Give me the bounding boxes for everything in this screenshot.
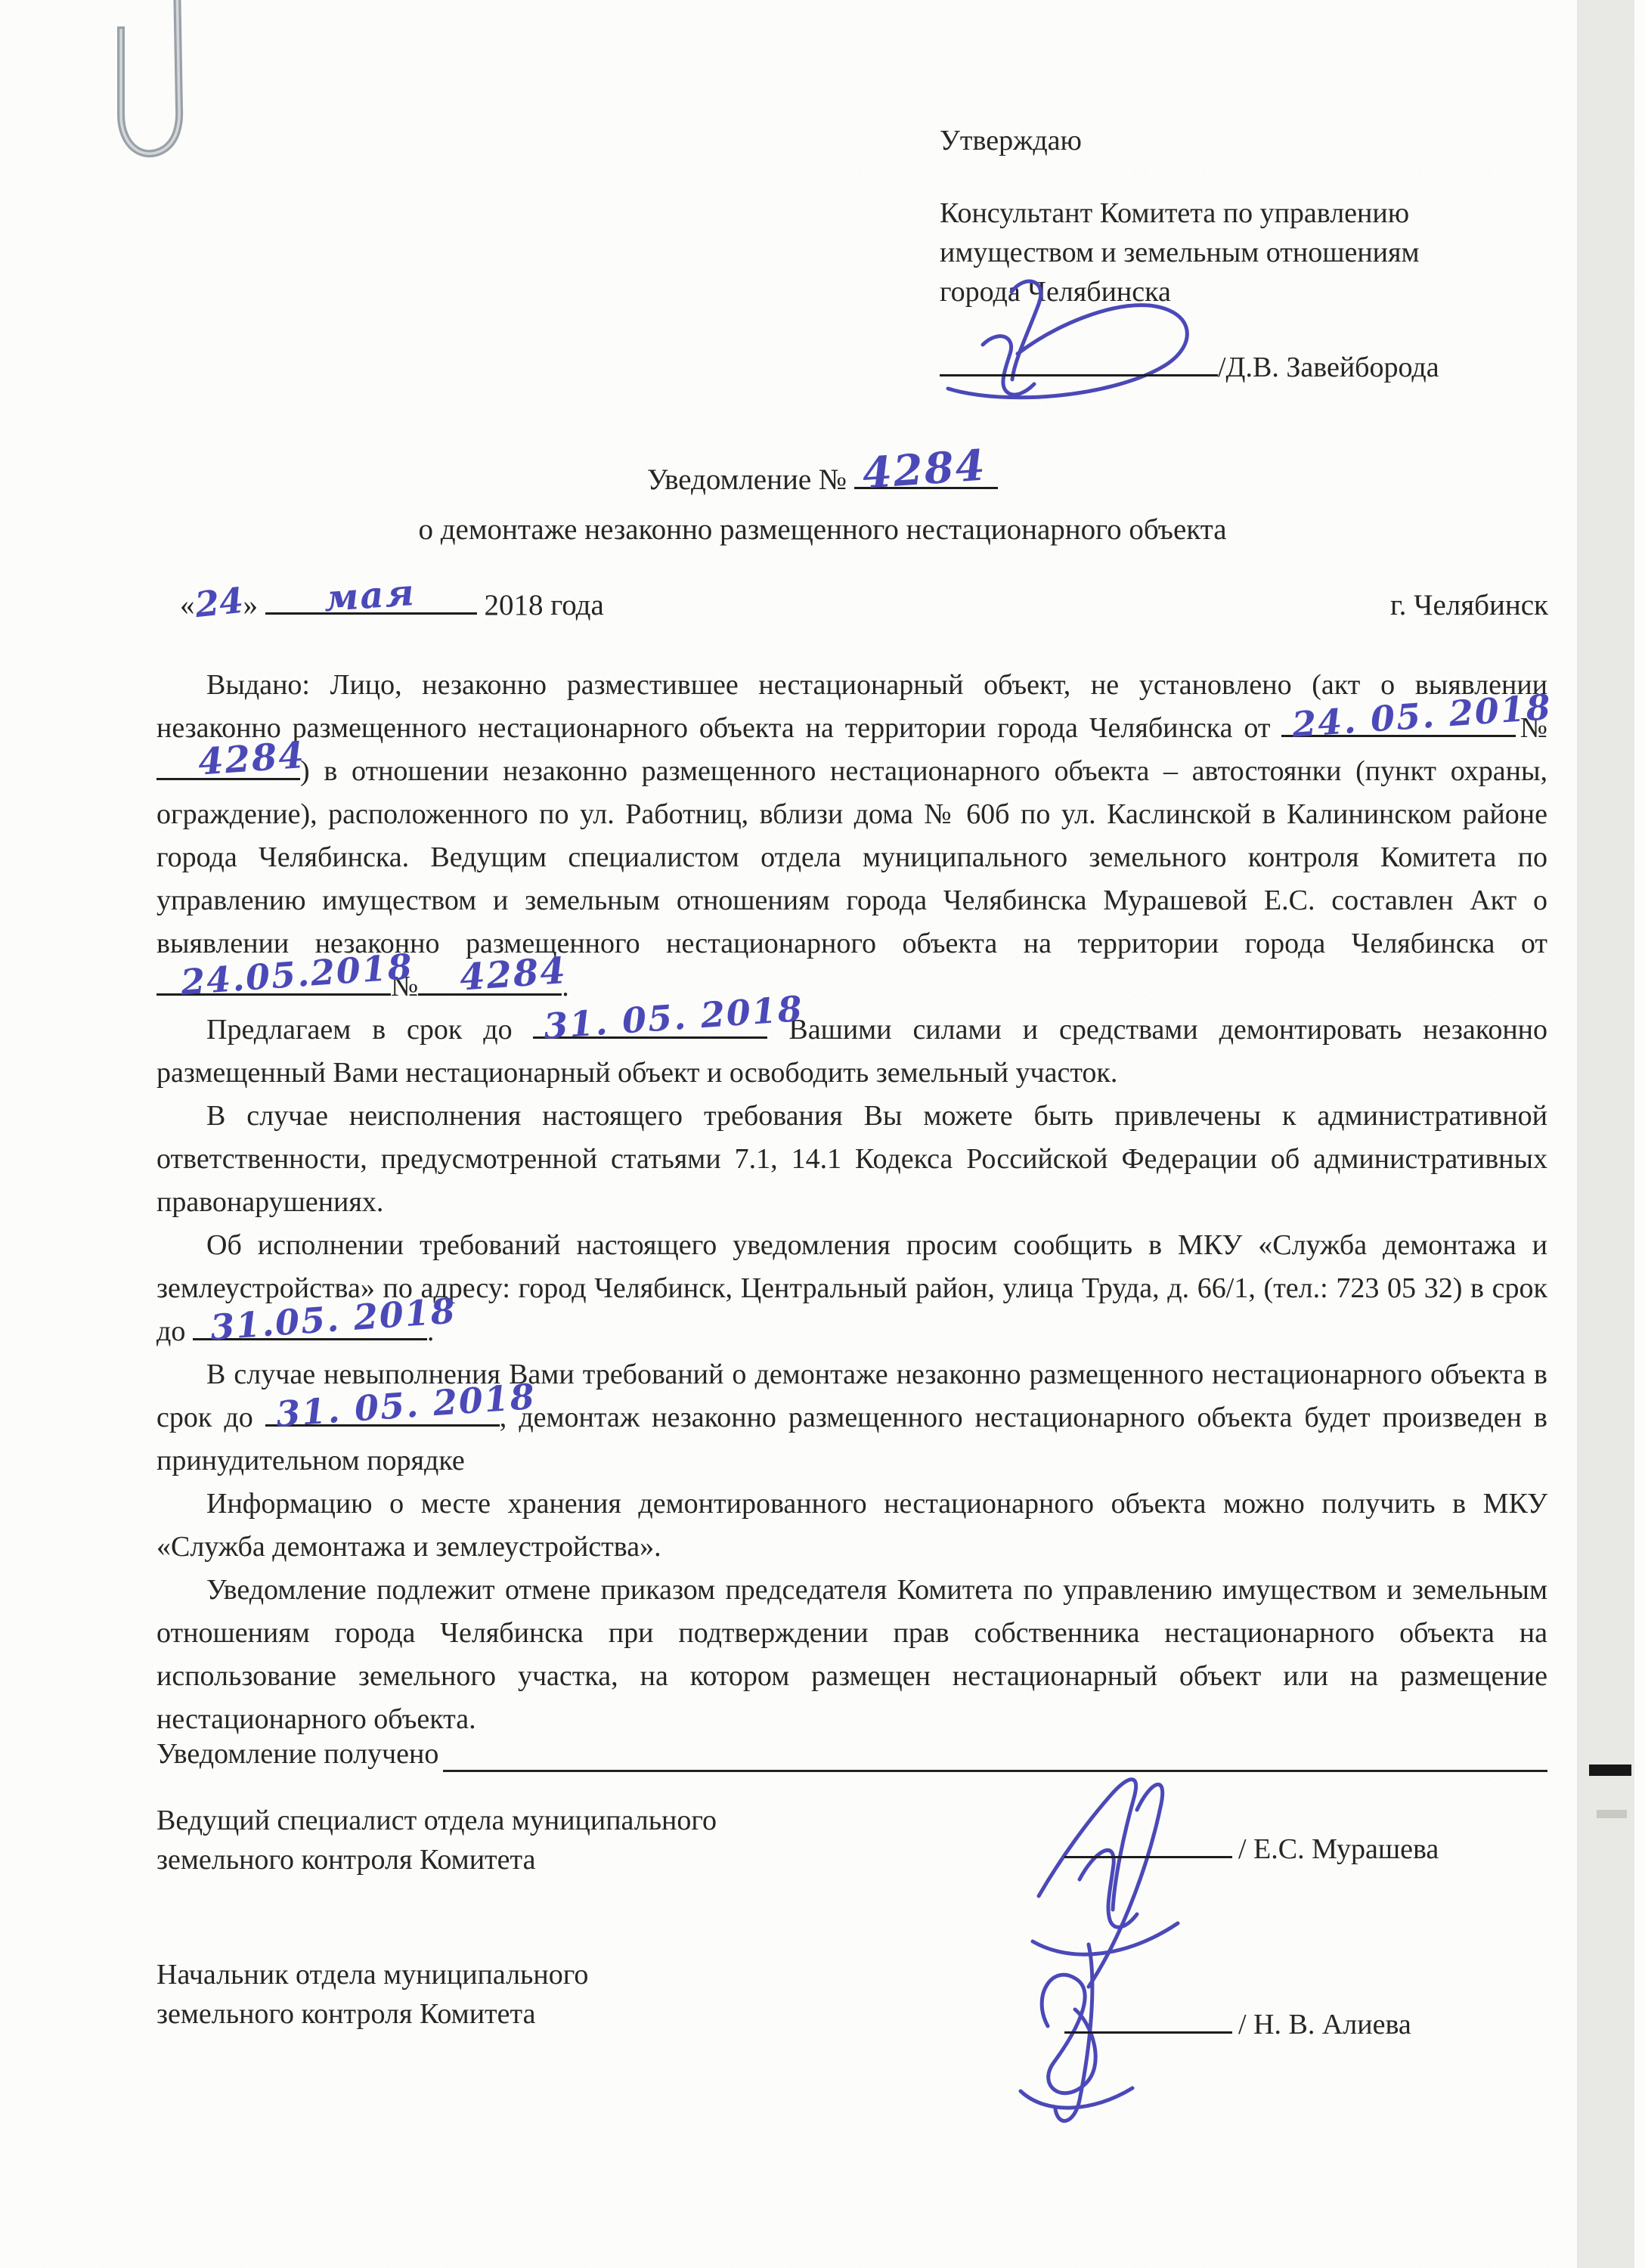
signer2-position-line2: земельного контроля Комитета [156,1994,588,2034]
p1-date-blank-2: 24.05.2018 [156,984,391,996]
approver-name: /Д.В. Завейборода [1218,352,1439,383]
scan-artifact-grey [1597,1810,1627,1818]
close-quote: » [243,589,259,621]
title-prefix: Уведомление № [647,463,847,496]
paragraph-2: Предлагаем в срок до 31. 05. 2018 Вашими… [156,1009,1547,1095]
paragraph-1: Выдано: Лицо, незаконно разместившее нес… [156,664,1547,1009]
document-title: Уведомление №4284 о демонтаже незаконно … [0,463,1645,547]
paragraph-3: В случае неисполнения настоящего требова… [156,1095,1547,1224]
day-handwritten: 24 [193,580,245,625]
signer1-position-line1: Ведущий специалист отдела муниципального [156,1801,717,1840]
signer1-position: Ведущий специалист отдела муниципального… [156,1801,717,1879]
p5-date-blank: 31. 05. 2018 [265,1415,500,1427]
p3-text: В случае неисполнения настоящего требова… [156,1100,1547,1218]
document-body: Выдано: Лицо, незаконно разместившее нес… [156,664,1547,1741]
title-number-handwritten: 4284 [861,440,988,498]
scan-artifact-dark [1589,1765,1631,1776]
city: г. Челябинск [1390,588,1548,622]
p6-text: Информацию о месте хранения демонтирован… [156,1488,1547,1563]
title-line1: Уведомление №4284 [0,463,1645,510]
received-label: Уведомление получено [156,1736,438,1772]
approval-word: Утверждаю [940,121,1567,160]
signer2-position-line1: Начальник отдела муниципального [156,1955,588,1994]
p2-text: Предлагаем в срок до [206,1014,533,1046]
paragraph-5: В случае невыполнения Вами требований о … [156,1353,1547,1483]
received-blank-line [443,1741,1547,1772]
approver-name-line: /Д.В. Завейборода [940,351,1439,384]
month-handwritten: мая [323,572,417,620]
scan-edge-band [1577,0,1634,2268]
title-number-blank: 4284 [854,478,998,489]
paragraph-7: Уведомление подлежит отмене приказом пре… [156,1569,1547,1741]
title-subtitle: о демонтаже незаконно размещенного неста… [0,513,1645,547]
dateline: «24» мая 2018 года г. Челябинск [180,582,1548,623]
paragraph-6: Информацию о месте хранения демонтирован… [156,1483,1547,1569]
dateline-left: «24» мая 2018 года [180,582,604,623]
p1-text: ) в отношении незаконно размещенного нес… [156,755,1547,959]
scanned-document-page: Утверждаю Консультант Комитета по управл… [0,0,1645,2268]
paperclip-icon [112,0,195,189]
signer2-position: Начальник отдела муниципального земельно… [156,1955,588,2034]
signer2-name-line: / Н. В. Алиева [1064,2008,1411,2041]
p1-date-blank-1: 24. 05. 2018 [1281,726,1516,737]
notification-received-line: Уведомление получено [156,1736,1547,1772]
signer1-name-line: / Е.С. Мурашева [1064,1833,1439,1866]
signer2-name: / Н. В. Алиева [1238,2009,1411,2040]
approver-signature-blank [940,365,1218,376]
signer1-position-line2: земельного контроля Комитета [156,1840,717,1879]
p1-number-blank-1: 4284 [156,769,300,780]
p1-number-blank-2: 4284 [418,984,562,996]
p7-text: Уведомление подлежит отмене приказом пре… [156,1574,1547,1735]
signer1-signature-blank [1064,1847,1232,1858]
approver-signature [936,281,1223,402]
approver-title-line: имуществом и земельным отношениям [940,233,1567,272]
open-quote: « [180,589,195,621]
signer2-signature-blank [1064,2022,1232,2034]
p2-date-blank: 31. 05. 2018 [533,1027,767,1039]
approver-title-line: Консультант Комитета по управлению [940,194,1567,233]
year-text: 2018 года [485,589,604,621]
p4-date-blank: 31.05. 2018 [193,1329,427,1340]
month-blank: мая [265,603,477,615]
paragraph-4: Об исполнении требований настоящего увед… [156,1224,1547,1353]
signer1-name: / Е.С. Мурашева [1238,1833,1439,1865]
